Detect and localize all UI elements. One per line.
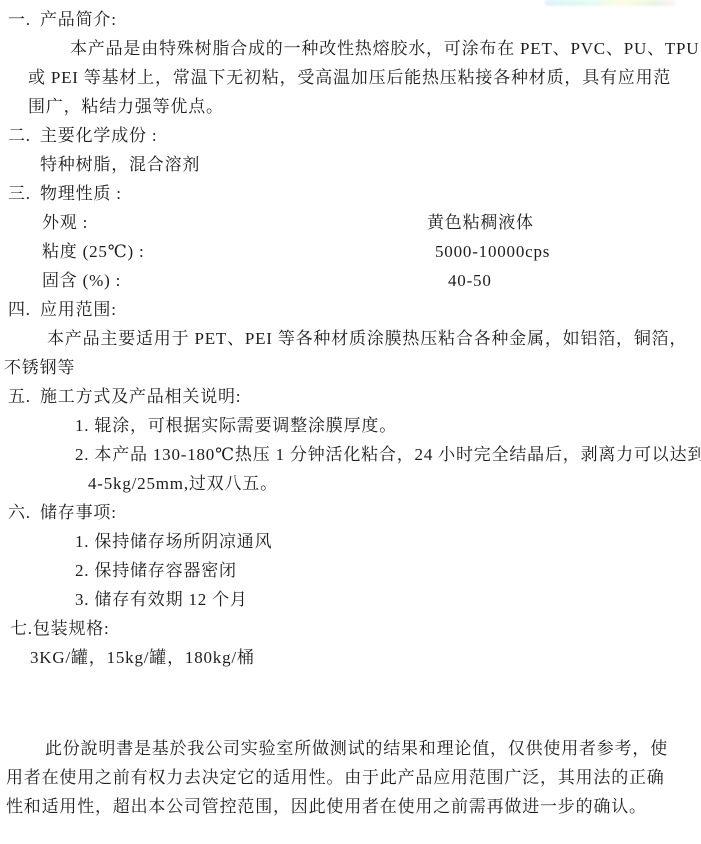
paragraph-line: 或 PEI 等基材上，常温下无初粘，受高温加压后能热压粘接各种材质，具有应用范: [28, 63, 701, 92]
paragraph-line: 特种树脂，混合溶剂: [40, 150, 701, 179]
blank-gap: [0, 672, 701, 734]
list-item: 1. 保持储存场所阴凉通风: [75, 527, 701, 556]
section-title: 储存事项:: [40, 503, 117, 522]
section-number: 三.: [8, 179, 40, 208]
property-label: 粘度 (25℃) :: [42, 242, 145, 261]
disclaimer-line: 用者在使用之前有权力去决定它的适用性。由于此产品应用范围广泛，其用法的正确: [6, 763, 701, 792]
section-number: 六.: [8, 498, 40, 527]
section-number: 四.: [8, 295, 40, 324]
section-title: 产品简介:: [40, 10, 117, 29]
property-row-viscosity: 粘度 (25℃) :5000-10000cps: [0, 237, 701, 266]
section-title: 主要化学成份 :: [40, 126, 157, 145]
section-title: 包装规格:: [33, 619, 110, 638]
property-row-appearance: 外观 :黄色粘稠液体: [0, 208, 701, 237]
paragraph-line: 围广，粘结力强等优点。: [28, 92, 701, 121]
section-heading-application-scope: 四.应用范围:: [0, 295, 701, 324]
section-number: 七.: [10, 619, 33, 638]
cropped-logo-artifact: [545, 0, 675, 6]
list-item: 2. 本产品 130-180℃热压 1 分钟活化粘合，24 小时完全结晶后，剥离…: [75, 440, 701, 469]
disclaimer-line: 性和适用性，超出本公司管控范围，因此使用者在使用之前需再做进一步的确认。: [6, 792, 701, 821]
paragraph-line: 本产品主要适用于 PET、PEI 等各种材质涂膜热压粘合各种金属，如铝箔，铜箔，: [47, 324, 701, 353]
section-number: 五.: [8, 382, 40, 411]
section-heading-chemical-components: 二.主要化学成份 :: [0, 121, 701, 150]
property-value: 5000-10000cps: [435, 237, 550, 266]
paragraph-line: 3KG/罐，15kg/罐，180kg/桶: [30, 643, 701, 672]
property-value: 黄色粘稠液体: [427, 208, 534, 237]
section-title: 应用范围:: [40, 300, 117, 319]
section-title: 施工方式及产品相关说明:: [40, 387, 241, 406]
section-title: 物理性质 :: [40, 184, 122, 203]
property-label: 外观 :: [42, 213, 88, 232]
section-number: 一.: [8, 5, 40, 34]
paragraph-line: 本产品是由特殊树脂合成的一种改性热熔胶水，可涂布在 PET、PVC、PU、TPU: [70, 34, 701, 63]
disclaimer-line: 此份說明書是基於我公司实验室所做测试的结果和理论值，仅供使用者参考，使: [45, 734, 701, 763]
section-heading-packaging: 七.包装规格:: [0, 614, 701, 643]
section-heading-storage: 六.储存事项:: [0, 498, 701, 527]
list-item-continuation: 4-5kg/25mm,过双八五。: [88, 469, 701, 498]
property-label: 固含 (%) :: [42, 271, 121, 290]
section-number: 二.: [8, 121, 40, 150]
paragraph-line: 不锈钢等: [4, 353, 701, 382]
property-value: 40-50: [448, 266, 492, 295]
section-heading-physical-properties: 三.物理性质 :: [0, 179, 701, 208]
product-spec-document: 一.产品简介: 本产品是由特殊树脂合成的一种改性热熔胶水，可涂布在 PET、PV…: [0, 0, 701, 844]
property-row-solid-content: 固含 (%) :40-50: [0, 266, 701, 295]
list-item: 1. 辊涂，可根据实际需要调整涂膜厚度。: [75, 411, 701, 440]
list-item: 3. 储存有效期 12 个月: [75, 585, 701, 614]
list-item: 2. 保持储存容器密闭: [75, 556, 701, 585]
section-heading-product-intro: 一.产品简介:: [0, 5, 701, 34]
section-heading-application-method: 五.施工方式及产品相关说明:: [0, 382, 701, 411]
